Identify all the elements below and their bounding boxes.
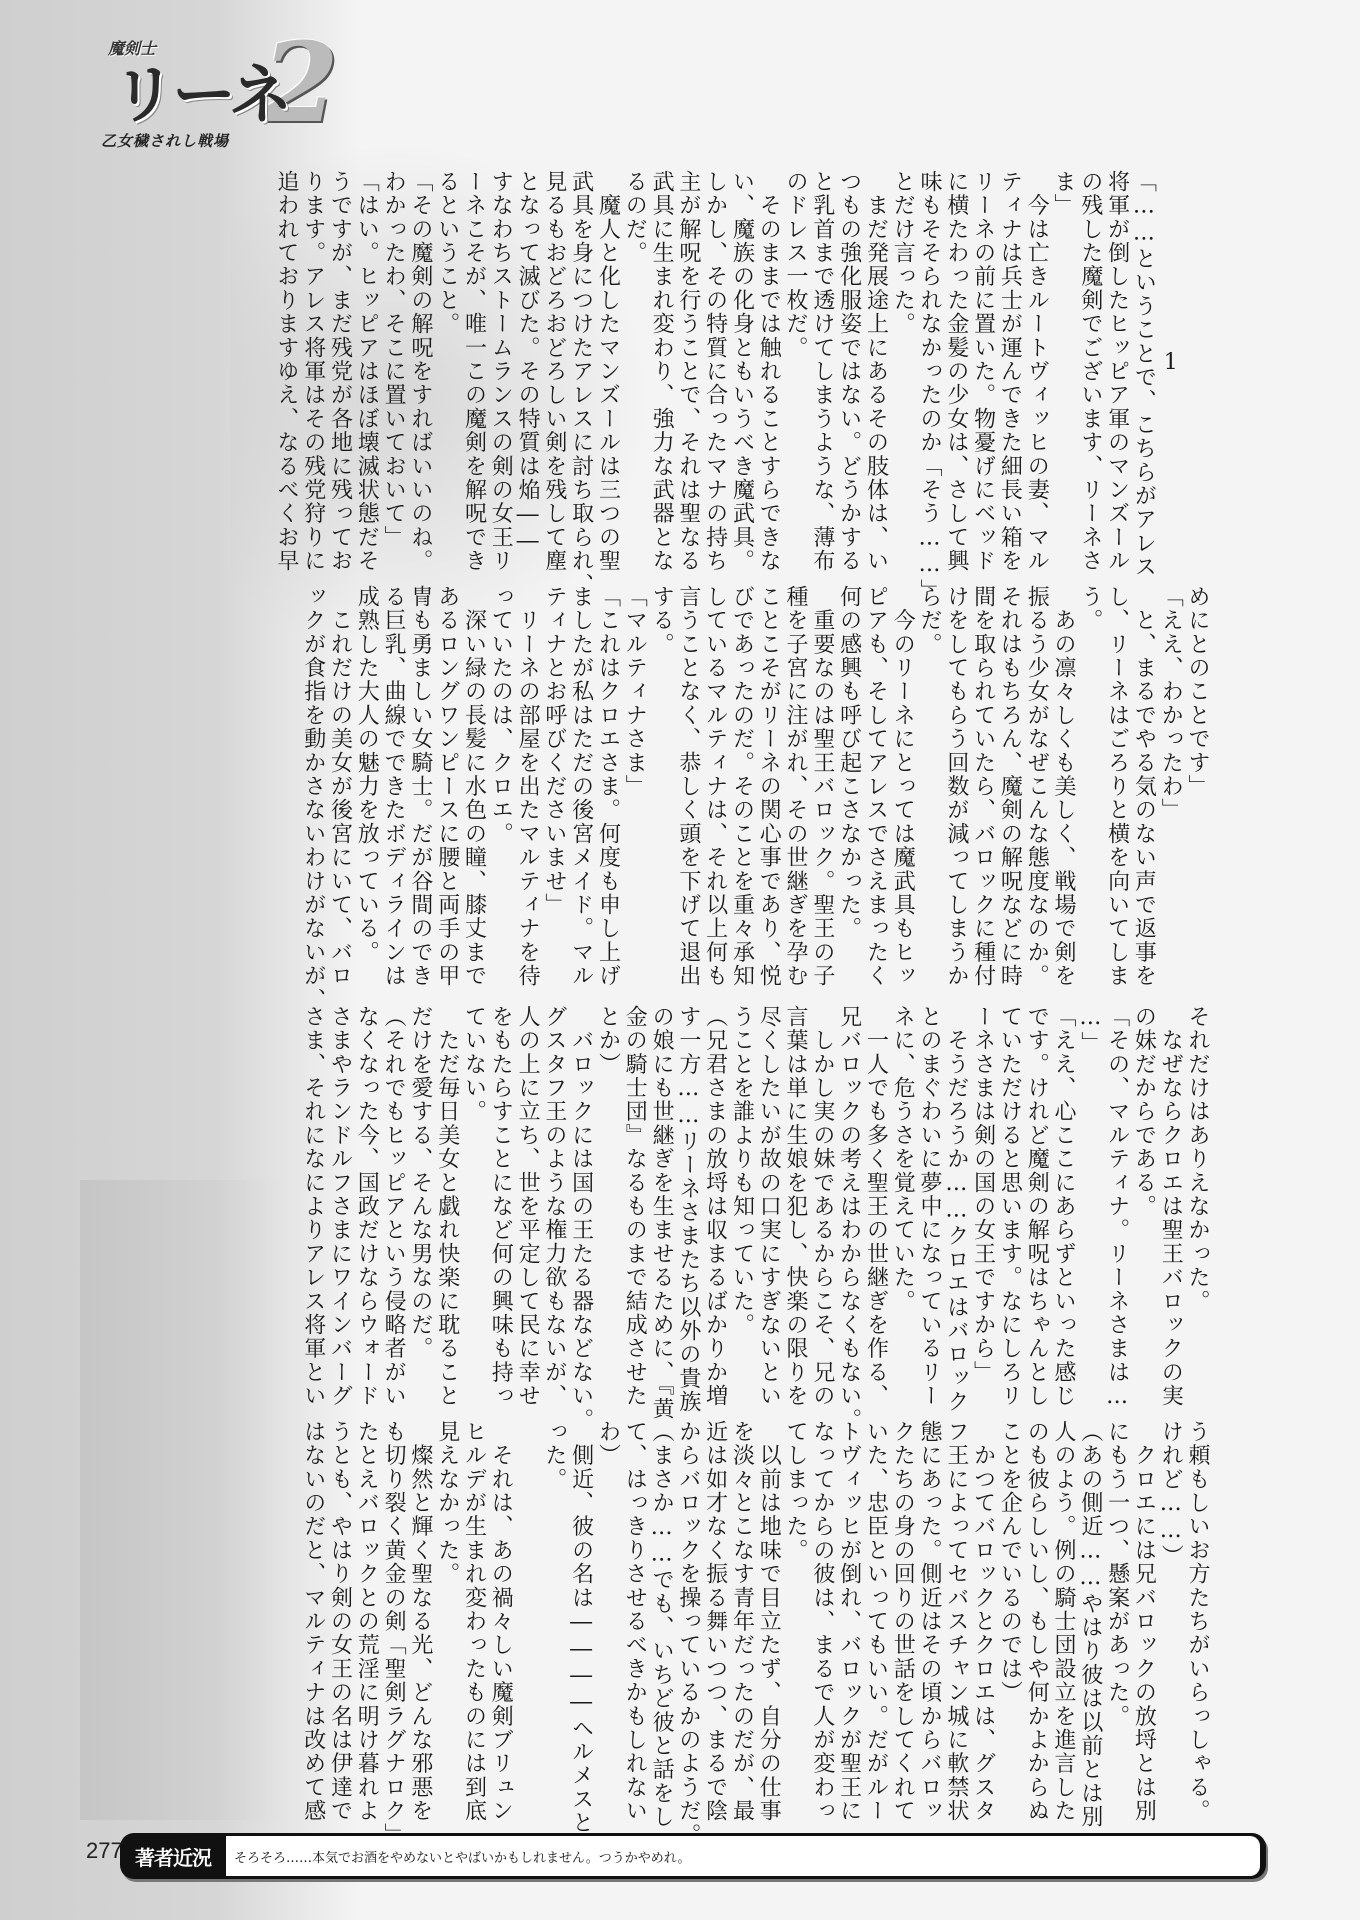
text-column: 深い緑の長髪に水色の瞳、膝丈まで xyxy=(460,585,487,995)
text-column: まだ発展途上にあるその肢体は、い xyxy=(862,170,889,580)
text-column: 態にあった。側近はその頃からバロッ xyxy=(915,1420,942,1830)
text-column: のも彼らしいし、もしや何かよからぬ xyxy=(1022,1420,1049,1830)
text-column: い、魔族の化身ともいうべき魔武具。 xyxy=(728,170,755,580)
text-column: フ王によってセバスチャン城に軟禁状 xyxy=(942,1420,969,1830)
text-column: ティナは兵士が運んできた細長い箱を xyxy=(996,170,1023,580)
text-column: る巨乳、曲線でできたボディラインは xyxy=(379,585,406,995)
text-column: とか） xyxy=(594,1005,621,1415)
text-column: てしまった。 xyxy=(781,1420,808,1830)
text-column: 何の感興も呼び起こさなかった。 xyxy=(835,585,862,995)
text-column: 種を子宮に注がれ、その世継ぎを孕む xyxy=(781,585,808,995)
text-column: す一方……リーネさまたち以外の貴族 xyxy=(674,1005,701,1415)
text-column: 側近、彼の名は――――ヘルメスとい xyxy=(567,1420,594,1830)
text-column: リーネの部屋を出たマルティナを待 xyxy=(513,585,540,995)
author-note-text: そろそろ……本気でお酒をやめないとやばいかもしれません。つうかやめれ。 xyxy=(226,1836,1260,1876)
text-column: さまやランドルフさまにワインバーグ xyxy=(326,1005,353,1415)
text-column: う頼もしいお方たちがいらっしゃる。 xyxy=(1183,1420,1210,1830)
text-column: ります。アレス将軍はその残党狩りに xyxy=(299,170,326,580)
text-column: あるロングワンピースに腰と両手の甲 xyxy=(433,585,460,995)
text-column: 金の騎士団』なるものまで結成させた xyxy=(620,1005,647,1415)
text-band-3: それだけはありえなかった。 なぜならクロエは聖王バロックの実の妹だからである。「… xyxy=(90,1005,1210,1415)
text-band-4: う頼もしいお方たちがいらっしゃる。けれど……） クロエには兄バロックの放埒とは別… xyxy=(90,1420,1210,1830)
text-band-2: めにとのことです」「ええ、わかったわ」 と、まるでやる気のない声で返事をし、リー… xyxy=(90,585,1210,995)
text-column: ティナとお呼びくださいませ」 xyxy=(540,585,567,995)
text-column: 間を取られていたら、バロックに種付 xyxy=(969,585,996,995)
text-column: 振るう少女がなぜこんな態度なのか。 xyxy=(1022,585,1049,995)
text-column: 重要なのは聖王バロック。聖王の子 xyxy=(808,585,835,995)
text-column: （それでもヒッピアという侵略者がい xyxy=(379,1005,406,1415)
text-column: ピアも、そしてアレスでさえまったく xyxy=(862,585,889,995)
text-column: それは、あの禍々しい魔剣ブリュン xyxy=(486,1420,513,1830)
text-column: びであったのだ。そのことを重々承知 xyxy=(728,585,755,995)
text-column: 言葉は単に生娘を犯し、快楽の限りを xyxy=(781,1005,808,1415)
text-column: 燦然と輝く聖なる光、どんな邪悪を xyxy=(406,1420,433,1830)
text-column: 近は如才なく振る舞いつつ、まるで陰 xyxy=(701,1420,728,1830)
text-column: ただ毎日美女と戯れ快楽に耽ること xyxy=(433,1005,460,1415)
text-column: そのままでは触れることすらできな xyxy=(754,170,781,580)
text-column xyxy=(1183,170,1210,580)
text-column: 人のよう。例の騎士団設立を進言した xyxy=(1049,1420,1076,1830)
text-column: 「これはクロエさま。何度も申し上げ xyxy=(594,585,621,995)
text-column: っていたのは、クロエ。 xyxy=(486,585,513,995)
text-column: …」 xyxy=(1076,1005,1103,1415)
text-column: それだけはありえなかった。 xyxy=(1183,1005,1210,1415)
text-column: 以前は地味で目立たず、自分の仕事 xyxy=(754,1420,781,1830)
text-column: ましたが私はただの後宮メイド。マル xyxy=(567,585,594,995)
text-column: うですが、まだ残党が各地に残ってお xyxy=(326,170,353,580)
text-column: ーネさまは剣の国の女王ですから」 xyxy=(969,1005,996,1415)
text-column: ていただけると思います。なにしろリ xyxy=(996,1005,1023,1415)
author-note-box: 著者近況 そろそろ……本気でお酒をやめないとやばいかもしれません。つうかやめれ。 xyxy=(120,1833,1266,1879)
text-column: だけを愛する、そんな男なのだ。 xyxy=(406,1005,433,1415)
text-column: しているマルティナは、それ以上何も xyxy=(701,585,728,995)
text-column: るのだ。 xyxy=(620,170,647,580)
text-column: のドレス一枚だ。 xyxy=(781,170,808,580)
text-column: ネに、危うさを覚えていた。 xyxy=(888,1005,915,1415)
text-column: を淡々とこなす青年だったのだが、最 xyxy=(728,1420,755,1830)
text-column: はないのだと、マルティナは改めて感 xyxy=(299,1420,326,1830)
text-column: クたちの身の回りの世話をしてくれて xyxy=(888,1420,915,1830)
text-column: なぜならクロエは聖王バロックの実 xyxy=(1156,1005,1183,1415)
text-column: 今のリーネにとっては魔武具もヒッ xyxy=(888,585,915,995)
text-column: 味もそそられなかったのか「そう……」 xyxy=(915,170,942,580)
text-column: 「マルティナさま」 xyxy=(620,585,647,995)
text-column: ックが食指を動かさないわけがないが、 xyxy=(299,585,326,995)
text-column: も切り裂く黄金の剣「聖剣ラグナロク」。 xyxy=(379,1420,406,1830)
text-column: ことこそがリーネの関心事であり、悦 xyxy=(754,585,781,995)
text-column: と乳首まで透けてしまうような、薄布 xyxy=(808,170,835,580)
text-column: あの凛々しくも美しく、戦場で剣を xyxy=(1049,585,1076,995)
author-note-label: 著者近況 xyxy=(120,1833,226,1879)
text-column: ていない。 xyxy=(460,1005,487,1415)
text-column: （まさか……でも、いちど彼と話をし xyxy=(647,1420,674,1830)
text-column: て、はっきりさせるべきかもしれない xyxy=(620,1420,647,1830)
text-column: クロエには兄バロックの放埒とは別 xyxy=(1130,1420,1157,1830)
text-column: ーネこそが、唯一この魔剣を解呪でき xyxy=(460,170,487,580)
text-column: 「その、マルティナ。リーネさまは… xyxy=(1103,1005,1130,1415)
text-column: 一人でも多く聖王の世継ぎを作る、 xyxy=(862,1005,889,1415)
text-column: ヒルデが生まれ変わったものには到底 xyxy=(460,1420,487,1830)
text-column: 人の上に立ち、世を平定して民に幸せ xyxy=(513,1005,540,1415)
text-column: さま、それになによりアレス将軍とい xyxy=(299,1005,326,1415)
text-column: しかし実の妹であるからこそ、兄の xyxy=(808,1005,835,1415)
text-column: つもの強化服姿ではない。どうかする xyxy=(835,170,862,580)
text-column: バロックには国の王たる器などない。 xyxy=(567,1005,594,1415)
text-column: し、リーネはごろりと横を向いてしま xyxy=(1103,585,1130,995)
text-column: なってからの彼は、まるで人が変わっ xyxy=(808,1420,835,1830)
series-logo: 2 リーネ 魔剣士 乙女穢されし戦場 xyxy=(100,28,340,148)
text-column: ま」 xyxy=(1049,170,1076,580)
text-column: の残した魔剣でございます、リーネさ xyxy=(1076,170,1103,580)
text-column: に横たわった金髪の少女は、さして興 xyxy=(942,170,969,580)
text-column: 今は亡きルートヴィッヒの妻、マル xyxy=(1022,170,1049,580)
text-column: 「ええ、心ここにあらずといった感じ xyxy=(1049,1005,1076,1415)
text-column: 主が解呪を行うことで、それは聖なる xyxy=(674,170,701,580)
text-column: 兄バロックの考えはわからなくもない。 xyxy=(835,1005,862,1415)
text-column: 見るもおどろおどろしい剣を残して塵 xyxy=(540,170,567,580)
text-column: なくなった今、国政だけならウォード xyxy=(353,1005,380,1415)
text-column: リーネの前に置いた。物憂げにベッド xyxy=(969,170,996,580)
text-column: ことを企んでいるのでは） xyxy=(996,1420,1023,1830)
text-column: 見えなかった。 xyxy=(433,1420,460,1830)
text-column: 「ええ、わかったわ」 xyxy=(1156,585,1183,995)
text-column: うことを誰よりも知っていた。 xyxy=(728,1005,755,1415)
text-column: の妹だからである。 xyxy=(1130,1005,1157,1415)
text-column: 冑も勇ましい女騎士。だが谷間のでき xyxy=(406,585,433,995)
text-column: そうだろうか……クロエはバロック xyxy=(942,1005,969,1415)
text-column: とのまぐわいに夢中になっているリー xyxy=(915,1005,942,1415)
text-column: 武具を身につけたアレスに討ち取られ、 xyxy=(567,170,594,580)
text-column: わ） xyxy=(594,1420,621,1830)
text-column: と、まるでやる気のない声で返事を xyxy=(1130,585,1157,995)
text-column: それはもちろん、魔剣の解呪などに時 xyxy=(996,585,1023,995)
text-column: 追われておりますゆえ、なるべくお早 xyxy=(272,170,299,580)
text-column: 言うことなく、恭しく頭を下げて退出 xyxy=(674,585,701,995)
text-column: けれど……） xyxy=(1156,1420,1183,1830)
text-column: 「……ということで、こちらがアレス xyxy=(1130,170,1157,580)
text-column: これだけの美女が後宮にいて、バロ xyxy=(326,585,353,995)
chapter-number: 1 xyxy=(1156,170,1183,580)
text-column: にもう一つ、懸案があった。 xyxy=(1103,1420,1130,1830)
text-column: 成熟した大人の魅力を放っている。 xyxy=(353,585,380,995)
text-column: 将軍が倒したヒッピア軍のマンズール xyxy=(1103,170,1130,580)
text-column: グスタフ王のような権力欲もないが、 xyxy=(540,1005,567,1415)
text-column: わかったわ、そこに置いておいて」 xyxy=(379,170,406,580)
text-column: からバロックを操っているかのようだ。 xyxy=(674,1420,701,1830)
text-column: 魔人と化したマンズールは三つの聖 xyxy=(594,170,621,580)
page-number: 277 xyxy=(86,1838,123,1864)
text-column: いた、忠臣といってもいい。だがルー xyxy=(862,1420,889,1830)
text-column: 尽くしたいが故の口実にすぎないとい xyxy=(754,1005,781,1415)
text-column: をもたらすことになど何の興味も持っ xyxy=(486,1005,513,1415)
text-column: たとえバロックとの荒淫に明け暮れよ xyxy=(353,1420,380,1830)
logo-small-title: 魔剣士 xyxy=(108,36,156,59)
text-column: るということ。 xyxy=(433,170,460,580)
text-column: （あの側近……やはり彼は以前とは別 xyxy=(1076,1420,1103,1830)
text-column: 「その魔剣の解呪をすればいいのね。 xyxy=(406,170,433,580)
text-column: う。 xyxy=(1076,585,1103,995)
text-column: かつてバロックとクロエは、グスタ xyxy=(969,1420,996,1830)
text-column: すなわちストームランスの剣の女王リ xyxy=(486,170,513,580)
logo-subtitle: 乙女穢されし戦場 xyxy=(101,130,229,151)
text-column: （兄君さまの放埒は収まるばかりか増 xyxy=(701,1005,728,1415)
text-column: トヴィッヒが倒れ、バロックが聖王に xyxy=(835,1420,862,1830)
text-column: らだ。 xyxy=(915,585,942,995)
text-column: うとも、やはり剣の女王の名は伊達で xyxy=(326,1420,353,1830)
text-column: 「はい。ヒッピアはほぼ壊滅状態だそ xyxy=(353,170,380,580)
text-column: です。けれど魔剣の解呪はちゃんとし xyxy=(1022,1005,1049,1415)
text-column xyxy=(513,1420,540,1830)
text-column: しかし、その特質に合ったマナの持ち xyxy=(701,170,728,580)
text-column: 武具に生まれ変わり、強力な武器とな xyxy=(647,170,674,580)
text-column: った。 xyxy=(540,1420,567,1830)
text-column: となって滅びた。その特質は焔―― xyxy=(513,170,540,580)
text-column: の娘にも世継ぎを生ませるために、『黄 xyxy=(647,1005,674,1415)
text-column: とだけ言った。 xyxy=(888,170,915,580)
text-column: めにとのことです」 xyxy=(1183,585,1210,995)
text-column: する。 xyxy=(647,585,674,995)
text-band-1: 1「……ということで、こちらがアレス将軍が倒したヒッピア軍のマンズールの残した魔… xyxy=(90,170,1210,580)
text-column: けをしてもらう回数が減ってしまうか xyxy=(942,585,969,995)
